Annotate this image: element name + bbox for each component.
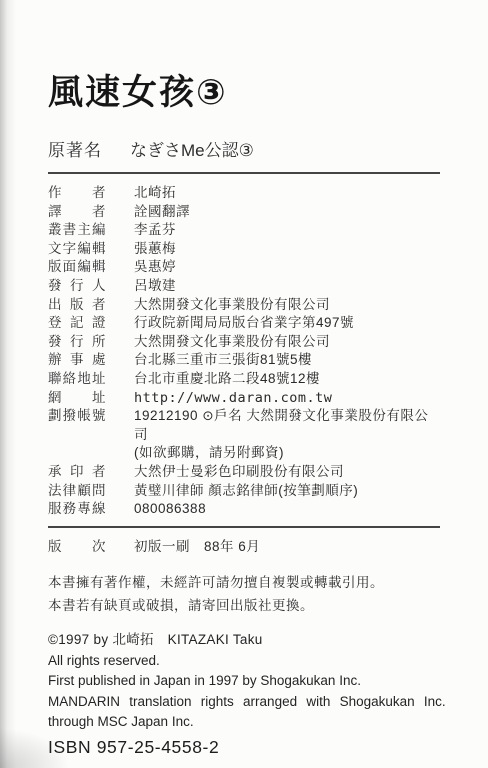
isbn-number: ISBN 957-25-4558-2 — [48, 737, 442, 758]
credit-label: 叢書主編 — [48, 221, 106, 240]
credit-value: http://www.daran.com.tw — [134, 389, 332, 408]
original-title-row: 原著名 なぎさMe公認③ — [48, 136, 442, 161]
credit-label: 發行所 — [48, 333, 106, 352]
credit-value: 行政院新聞局局版台省業字第497號 — [134, 314, 354, 333]
colophon-content: 風速女孩③ 原著名 なぎさMe公認③ 作者 北崎拓 譯者 詮國翻譯 叢書主編 李… — [0, 0, 488, 758]
rights-reserved-line: All rights reserved. — [48, 651, 448, 672]
credit-value: 080086388 — [134, 500, 206, 519]
credit-value: 吳惠婷 — [134, 258, 176, 277]
credit-label: 承印者 — [48, 463, 106, 482]
credit-row: 劃撥帳號 19212190 ⊙戶名 大然開發文化事業股份有限公司(如欲郵購，請另… — [48, 407, 440, 463]
edition-value: 初版一刷 88年 6月 — [134, 538, 260, 557]
credit-row: 版面編輯 吳惠婷 — [48, 258, 440, 277]
credit-value: 大然開發文化事業股份有限公司 — [134, 296, 330, 315]
credit-value: 大然開發文化事業股份有限公司 — [134, 333, 330, 352]
credit-label: 網址 — [48, 389, 106, 408]
credit-label: 辦事處 — [48, 351, 106, 370]
credit-row: 登記證 行政院新聞局局版台省業字第497號 — [48, 314, 440, 333]
credit-label: 劃撥帳號 — [48, 407, 106, 426]
credit-row: 譯者 詮國翻譯 — [48, 203, 440, 222]
book-title: 風速女孩③ — [48, 72, 442, 114]
credit-value: 19212190 ⊙戶名 大然開發文化事業股份有限公司(如欲郵購，請另附郵資) — [134, 407, 440, 463]
edition-row-wrap: 版次 初版一刷 88年 6月 — [48, 538, 440, 557]
credit-value: 台北市重慶北路二段48號12樓 — [134, 370, 320, 389]
credit-value: 北崎拓 — [134, 184, 176, 203]
credit-value: 張蕙梅 — [134, 240, 176, 259]
credit-row: 法律顧問 黃璧川律師 顏志銘律師(按筆劃順序) — [48, 482, 440, 501]
credit-row: 叢書主編 李孟芬 — [48, 221, 440, 240]
copyright-line: ©1997 by 北崎拓 KITAZAKI Taku — [48, 630, 448, 651]
credit-label: 出版者 — [48, 296, 106, 315]
credit-label: 文字編輯 — [48, 240, 106, 259]
first-published-line: First published in Japan in 1997 by Shog… — [48, 671, 448, 692]
credit-value: 黃璧川律師 顏志銘律師(按筆劃順序) — [134, 482, 358, 501]
notice-line: 本書若有缺頁或破損，請寄回出版社更換。 — [48, 594, 442, 617]
credit-value-line2: (如欲郵購，請另附郵資) — [134, 444, 440, 463]
edition-row: 版次 初版一刷 88年 6月 — [48, 538, 440, 557]
through-agency-line: through MSC Japan Inc. — [48, 712, 448, 733]
credit-row: 文字編輯 張蕙梅 — [48, 240, 440, 259]
credit-value: 台北縣三重市三張街81號5樓 — [134, 351, 312, 370]
credit-row: 發行所 大然開發文化事業股份有限公司 — [48, 333, 440, 352]
original-title-label: 原著名 — [48, 136, 102, 161]
credit-value: 呂墩建 — [134, 277, 176, 296]
credit-row: 辦事處 台北縣三重市三張街81號5樓 — [48, 351, 440, 370]
credit-value: 詮國翻譯 — [134, 203, 190, 222]
translation-rights-line: MANDARIN translation rights arranged wit… — [48, 692, 448, 713]
credits-table: 作者 北崎拓 譯者 詮國翻譯 叢書主編 李孟芬 文字編輯 張蕙梅 版面編輯 吳惠… — [48, 184, 440, 519]
original-title-value: なぎさMe公認③ — [130, 136, 254, 161]
credit-row: 網址 http://www.daran.com.tw — [48, 389, 440, 408]
credit-value: 大然伊士曼彩色印刷股份有限公司 — [134, 463, 344, 482]
notice-line: 本書擁有著作權，未經許可請勿擅自複製或轉載引用。 — [48, 571, 442, 594]
credit-label: 服務專線 — [48, 500, 106, 519]
credit-row: 承印者 大然伊士曼彩色印刷股份有限公司 — [48, 463, 440, 482]
colophon-page: 風速女孩③ 原著名 なぎさMe公認③ 作者 北崎拓 譯者 詮國翻譯 叢書主編 李… — [0, 0, 488, 768]
divider-top — [48, 172, 440, 174]
credit-value: 李孟芬 — [134, 221, 176, 240]
credit-label: 登記證 — [48, 314, 106, 333]
credit-row: 出版者 大然開發文化事業股份有限公司 — [48, 296, 440, 315]
credit-row: 發行人 呂墩建 — [48, 277, 440, 296]
edition-label: 版次 — [48, 538, 106, 557]
copyright-block: ©1997 by 北崎拓 KITAZAKI Taku All rights re… — [48, 630, 448, 733]
credit-label: 譯者 — [48, 203, 106, 222]
copyright-notices: 本書擁有著作權，未經許可請勿擅自複製或轉載引用。 本書若有缺頁或破損，請寄回出版… — [48, 571, 442, 617]
divider-bottom — [48, 526, 440, 528]
credit-label: 發行人 — [48, 277, 106, 296]
credit-label: 版面編輯 — [48, 258, 106, 277]
credit-row: 作者 北崎拓 — [48, 184, 440, 203]
credit-row: 服務專線 080086388 — [48, 500, 440, 519]
credit-row: 聯絡地址 台北市重慶北路二段48號12樓 — [48, 370, 440, 389]
credit-label: 法律顧問 — [48, 482, 106, 501]
credit-label: 聯絡地址 — [48, 370, 106, 389]
credit-label: 作者 — [48, 184, 106, 203]
